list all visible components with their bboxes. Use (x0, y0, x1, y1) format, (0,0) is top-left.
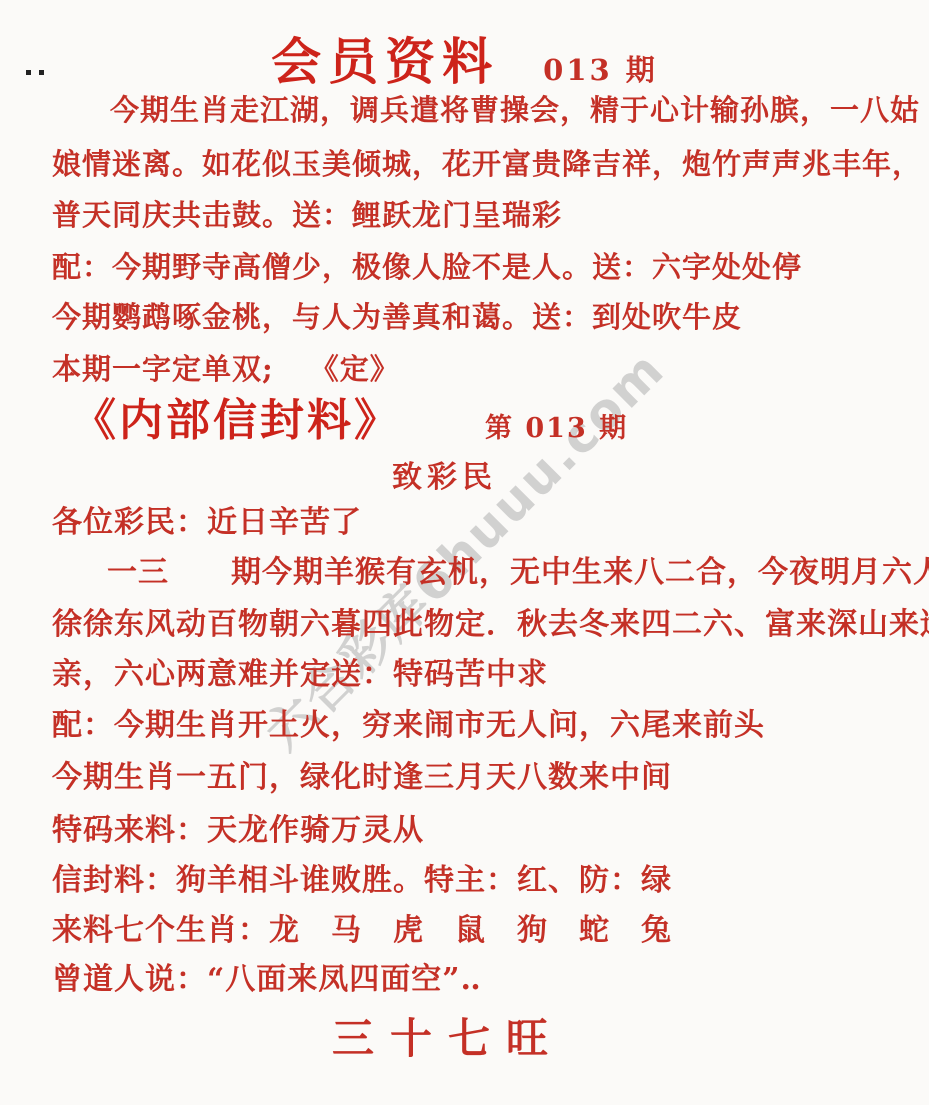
envelope-line: 特码来料：天龙作骑万灵从 (52, 814, 424, 849)
odd-even-line: 本期一字定单双;《定》 (52, 353, 400, 386)
envelope-title: 《内部信封料》 (72, 384, 401, 448)
intro-line: 娘情迷离。如花似玉美倾城，花开富贵降吉祥，炮竹声声兆丰年， (52, 148, 922, 181)
envelope-line: 今期生肖一五门，绿化时逢三月天八数来中间 (52, 761, 672, 796)
intro-line: 普天同庆共击鼓。送：鲤跃龙门呈瑞彩 (52, 199, 562, 232)
page-header: 会员资料 013 期 (0, 22, 929, 94)
odd-even-label: 本期一字定单双; (52, 352, 274, 386)
result-hint: 三十七旺 (332, 1006, 564, 1066)
envelope-line: 各位彩民：近日辛苦了 (52, 506, 362, 541)
page-title: 会员资料 (271, 22, 499, 94)
issue-number: 013 期 (543, 48, 658, 89)
intro-line: 今期生肖走江湖，调兵遣将曹操会，精于心计输孙膑，一八姑 (52, 94, 920, 127)
envelope-header: 《内部信封料》 第 013 期 (72, 384, 628, 448)
envelope-line: 信封料：狗羊相斗谁败胜。特主：红、防：绿 (52, 864, 672, 899)
salute-line: 致彩民 (0, 452, 909, 496)
intro-line: 配：今期野寺高僧少，极像人脸不是人。送：六字处处停 (52, 251, 802, 284)
envelope-line: 一三 期今期羊猴有玄机，无中生来八二合，今夜明月六人见， (52, 556, 929, 591)
envelope-issue-number: 第 013 期 (485, 406, 628, 445)
intro-line: 今期鹦鹉啄金桃，与人为善真和蔼。送：到处吹牛皮 (52, 301, 742, 334)
envelope-line: 配：今期生肖开土火，穷来闹市无人问，六尾来前头 (52, 709, 765, 744)
envelope-line: 亲，六心两意难并定送：特码苦中求 (52, 658, 548, 693)
envelope-line: 曾道人说：“八面来凤四面空”‥ (52, 963, 482, 998)
envelope-line: 来料七个生肖：龙 马 虎 鼠 狗 蛇 兔 (52, 914, 672, 949)
envelope-line: 徐徐东风动百物朝六暮四此物定．秋去冬来四二六、富来深山来远 (52, 608, 929, 643)
document-page: 六合彩库6huuu.com 会员资料 013 期 今期生肖走江湖，调兵遣将曹操会… (0, 0, 929, 1105)
odd-even-value: 《定》 (310, 352, 400, 386)
